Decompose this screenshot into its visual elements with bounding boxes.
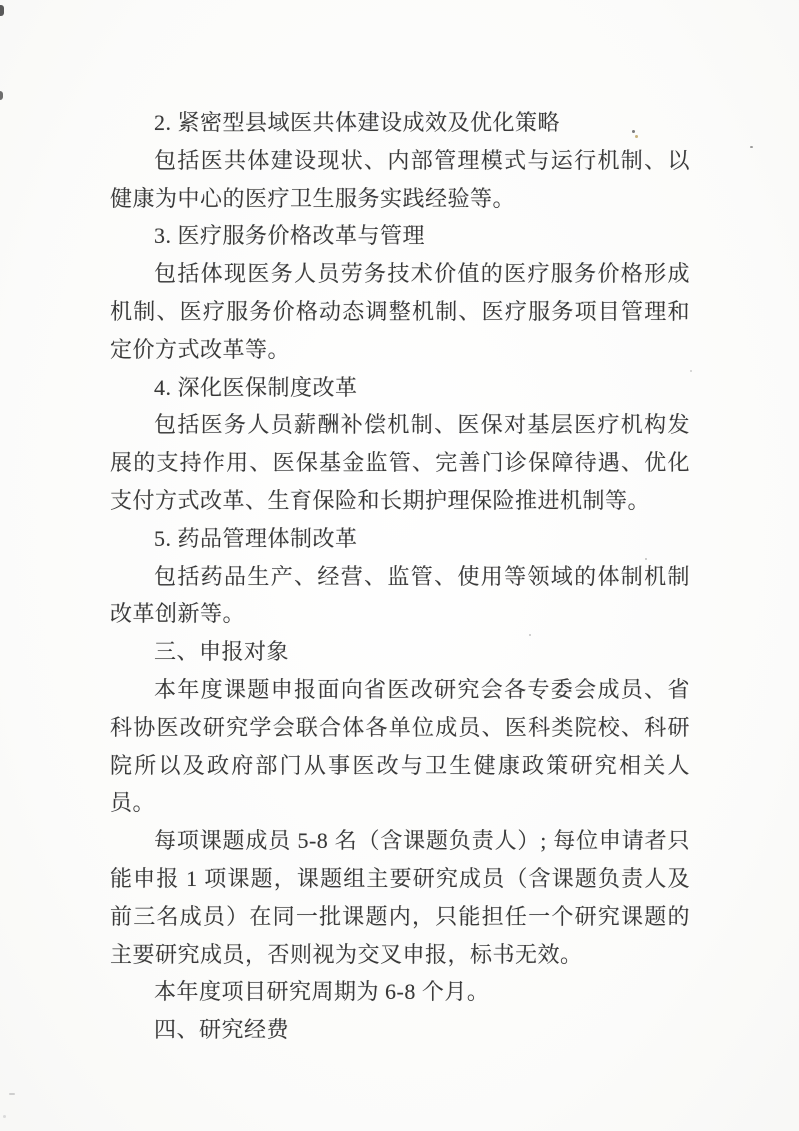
scan-edge-mark (0, 91, 3, 100)
list-item-desc-4: 包括医务人员薪酬补偿机制、医保对基层医疗机构发展的支持作用、医保基金监管、完善门… (110, 406, 690, 519)
scanned-page: 2. 紧密型县域医共体建设成效及优化策略 包括医共体建设现状、内部管理模式与运行… (0, 0, 799, 1131)
list-item-heading-4: 4. 深化医保制度改革 (110, 369, 690, 407)
document-text-block: 2. 紧密型县域医共体建设成效及优化策略 包括医共体建设现状、内部管理模式与运行… (110, 104, 690, 1049)
paragraph-applicants: 本年度课题申报面向省医改研究会各专委会成员、省科协医改研究学会联合体各单位成员、… (110, 671, 690, 822)
list-item-heading-3: 3. 医疗服务价格改革与管理 (110, 217, 690, 255)
list-item-heading-5: 5. 药品管理体制改革 (110, 520, 690, 558)
list-item-desc-5: 包括药品生产、经营、监管、使用等领域的体制机制改革创新等。 (110, 558, 690, 634)
list-item-desc-3: 包括体现医务人员劳务技术价值的医疗服务价格形成机制、医疗服务价格动态调整机制、医… (110, 255, 690, 368)
list-item-desc-2: 包括医共体建设现状、内部管理模式与运行机制、以健康为中心的医疗卫生服务实践经验等… (110, 142, 690, 218)
scan-speck (750, 146, 753, 148)
scan-speck (3, 1115, 6, 1118)
scan-edge-mark (0, 5, 4, 16)
paragraph-member-rules: 每项课题成员 5-8 名（含课题负责人）; 每位申请者只能申报 1 项课题，课题… (110, 822, 690, 973)
list-item-heading-2: 2. 紧密型县域医共体建设成效及优化策略 (110, 104, 690, 142)
paragraph-research-period: 本年度项目研究周期为 6-8 个月。 (110, 973, 690, 1011)
scan-speck (9, 1093, 15, 1095)
scan-speck (690, 370, 692, 372)
section-heading-four: 四、研究经费 (110, 1011, 690, 1049)
section-heading-three: 三、申报对象 (110, 633, 690, 671)
